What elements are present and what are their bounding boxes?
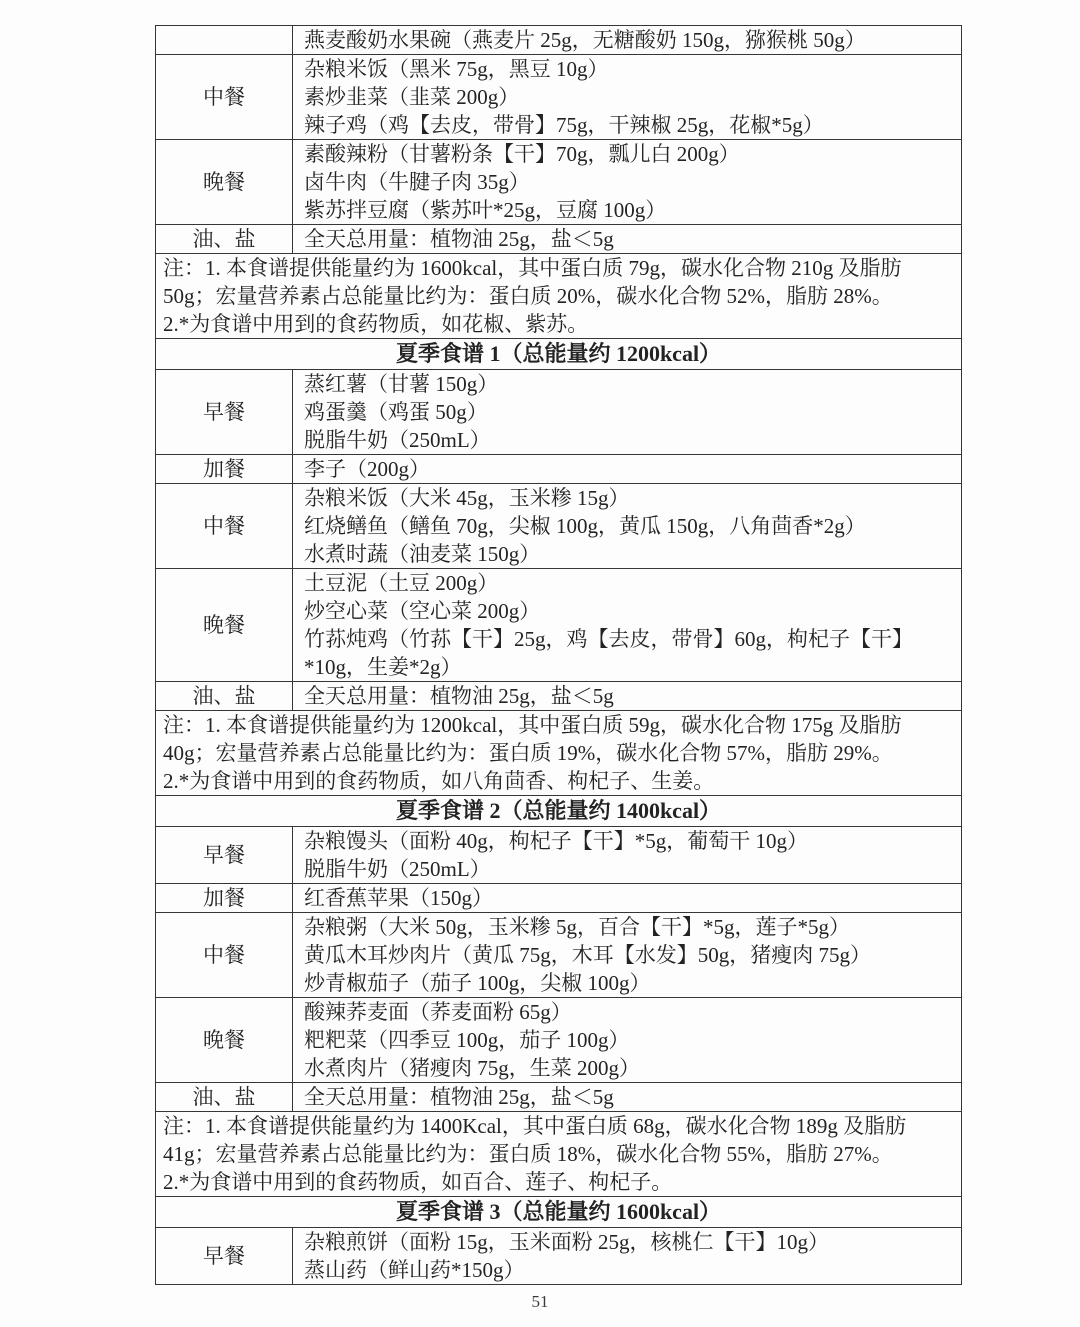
dish-item: 杂粮米饭（大米 45g，玉米糁 15g） <box>304 484 957 512</box>
dish-item: 蒸红薯（甘薯 150g） <box>304 370 957 398</box>
dish-list: 杂粮馒头（面粉 40g，枸杞子【干】*5g，葡萄干 10g）脱脂牛奶（250mL… <box>293 827 961 883</box>
note-text: 2.*为食谱中用到的食药物质，如花椒、紫苏。 <box>163 310 955 338</box>
dish-item: 炒青椒茄子（茄子 100g，尖椒 100g） <box>304 969 957 997</box>
meal-row: 早餐蒸红薯（甘薯 150g）鸡蛋羹（鸡蛋 50g）脱脂牛奶（250mL） <box>156 369 961 454</box>
meal-row: 油、盐全天总用量：植物油 25g，盐＜5g <box>156 681 961 710</box>
meal-row: 加餐李子（200g） <box>156 454 961 483</box>
meal-label <box>156 26 293 54</box>
meal-label: 早餐 <box>156 827 293 883</box>
note-text: 2.*为食谱中用到的食药物质，如八角茴香、枸杞子、生姜。 <box>163 767 955 795</box>
meal-row: 早餐杂粮馒头（面粉 40g，枸杞子【干】*5g，葡萄干 10g）脱脂牛奶（250… <box>156 826 961 883</box>
dish-list: 杂粮米饭（黑米 75g，黑豆 10g）素炒韭菜（韭菜 200g）辣子鸡（鸡【去皮… <box>293 55 961 139</box>
dish-item: 酸辣荞麦面（荞麦面粉 65g） <box>304 998 957 1026</box>
dish-list: 杂粮煎饼（面粉 15g，玉米面粉 25g，核桃仁【干】10g）蒸山药（鲜山药*1… <box>293 1228 961 1284</box>
meal-row: 晚餐酸辣荞麦面（荞麦面粉 65g）粑粑菜（四季豆 100g，茄子 100g）水煮… <box>156 997 961 1082</box>
dish-item: 全天总用量：植物油 25g，盐＜5g <box>304 1083 957 1111</box>
dish-list: 红香蕉苹果（150g） <box>293 884 961 912</box>
meal-row: 燕麦酸奶水果碗（燕麦片 25g，无糖酸奶 150g，猕猴桃 50g） <box>156 26 961 54</box>
note-text: 2.*为食谱中用到的食药物质，如百合、莲子、枸杞子。 <box>163 1168 955 1196</box>
dish-item: 红香蕉苹果（150g） <box>304 884 957 912</box>
dish-item: 杂粮馒头（面粉 40g，枸杞子【干】*5g，葡萄干 10g） <box>304 827 957 855</box>
meal-row: 中餐杂粮米饭（大米 45g，玉米糁 15g）红烧鳝鱼（鳝鱼 70g，尖椒 100… <box>156 483 961 568</box>
section-header-row: 夏季食谱 1（总能量约 1200kcal） <box>156 338 961 369</box>
dish-item: 竹荪炖鸡（竹荪【干】25g，鸡【去皮，带骨】60g，枸杞子【干】*10g，生姜*… <box>304 625 957 681</box>
meal-label: 早餐 <box>156 370 293 454</box>
meal-row: 早餐杂粮煎饼（面粉 15g，玉米面粉 25g，核桃仁【干】10g）蒸山药（鲜山药… <box>156 1227 961 1284</box>
meal-label: 加餐 <box>156 884 293 912</box>
meal-row: 中餐杂粮米饭（黑米 75g，黑豆 10g）素炒韭菜（韭菜 200g）辣子鸡（鸡【… <box>156 54 961 139</box>
dish-item: 土豆泥（土豆 200g） <box>304 569 957 597</box>
dish-item: 粑粑菜（四季豆 100g，茄子 100g） <box>304 1026 957 1054</box>
meal-label: 晚餐 <box>156 998 293 1082</box>
dish-item: 红烧鳝鱼（鳝鱼 70g，尖椒 100g，黄瓜 150g，八角茴香*2g） <box>304 512 957 540</box>
meal-label: 晚餐 <box>156 140 293 224</box>
meal-label: 早餐 <box>156 1228 293 1284</box>
section-header: 夏季食谱 3（总能量约 1600kcal） <box>156 1197 961 1227</box>
dish-item: 鸡蛋羹（鸡蛋 50g） <box>304 398 957 426</box>
meal-label: 中餐 <box>156 484 293 568</box>
dish-list: 蒸红薯（甘薯 150g）鸡蛋羹（鸡蛋 50g）脱脂牛奶（250mL） <box>293 370 961 454</box>
note-text: 注：1. 本食谱提供能量约为 1200kcal，其中蛋白质 59g，碳水化合物 … <box>163 711 955 767</box>
dish-item: 素炒韭菜（韭菜 200g） <box>304 83 957 111</box>
dish-item: 炒空心菜（空心菜 200g） <box>304 597 957 625</box>
dish-item: 卤牛肉（牛腱子肉 35g） <box>304 168 957 196</box>
meal-row: 加餐红香蕉苹果（150g） <box>156 883 961 912</box>
page-number: 51 <box>0 1292 1080 1312</box>
dish-item: 杂粮煎饼（面粉 15g，玉米面粉 25g，核桃仁【干】10g） <box>304 1228 957 1256</box>
dish-item: 水煮时蔬（油麦菜 150g） <box>304 540 957 568</box>
dish-list: 全天总用量：植物油 25g，盐＜5g <box>293 1083 961 1111</box>
dish-item: 脱脂牛奶（250mL） <box>304 855 957 883</box>
dish-list: 杂粮米饭（大米 45g，玉米糁 15g）红烧鳝鱼（鳝鱼 70g，尖椒 100g，… <box>293 484 961 568</box>
dish-list: 全天总用量：植物油 25g，盐＜5g <box>293 682 961 710</box>
dish-item: 燕麦酸奶水果碗（燕麦片 25g，无糖酸奶 150g，猕猴桃 50g） <box>304 26 957 54</box>
dish-list: 李子（200g） <box>293 455 961 483</box>
dish-item: 水煮肉片（猪瘦肉 75g，生菜 200g） <box>304 1054 957 1082</box>
dish-item: 紫苏拌豆腐（紫苏叶*25g，豆腐 100g） <box>304 196 957 224</box>
dish-item: 脱脂牛奶（250mL） <box>304 426 957 454</box>
meal-label: 中餐 <box>156 913 293 997</box>
dish-item: 全天总用量：植物油 25g，盐＜5g <box>304 225 957 253</box>
meal-row: 晚餐土豆泥（土豆 200g）炒空心菜（空心菜 200g）竹荪炖鸡（竹荪【干】25… <box>156 568 961 681</box>
meal-row: 中餐杂粮粥（大米 50g，玉米糁 5g，百合【干】*5g，莲子*5g）黄瓜木耳炒… <box>156 912 961 997</box>
meal-plan-table: 燕麦酸奶水果碗（燕麦片 25g，无糖酸奶 150g，猕猴桃 50g）中餐杂粮米饭… <box>155 25 962 1285</box>
meal-label: 晚餐 <box>156 569 293 681</box>
note-row: 注：1. 本食谱提供能量约为 1200kcal，其中蛋白质 59g，碳水化合物 … <box>156 710 961 795</box>
dish-item: 杂粮米饭（黑米 75g，黑豆 10g） <box>304 55 957 83</box>
dish-item: 辣子鸡（鸡【去皮，带骨】75g，干辣椒 25g，花椒*5g） <box>304 111 957 139</box>
meal-label: 油、盐 <box>156 1083 293 1111</box>
section-header-row: 夏季食谱 2（总能量约 1400kcal） <box>156 795 961 826</box>
meal-row: 油、盐全天总用量：植物油 25g，盐＜5g <box>156 224 961 253</box>
meal-label: 油、盐 <box>156 225 293 253</box>
document-page: 燕麦酸奶水果碗（燕麦片 25g，无糖酸奶 150g，猕猴桃 50g）中餐杂粮米饭… <box>0 0 1080 1327</box>
meal-label: 油、盐 <box>156 682 293 710</box>
meal-label: 中餐 <box>156 55 293 139</box>
meal-row: 油、盐全天总用量：植物油 25g，盐＜5g <box>156 1082 961 1111</box>
dish-list: 酸辣荞麦面（荞麦面粉 65g）粑粑菜（四季豆 100g，茄子 100g）水煮肉片… <box>293 998 961 1082</box>
meal-label: 加餐 <box>156 455 293 483</box>
dish-list: 全天总用量：植物油 25g，盐＜5g <box>293 225 961 253</box>
dish-item: 李子（200g） <box>304 455 957 483</box>
note-text: 注：1. 本食谱提供能量约为 1400Kcal，其中蛋白质 68g，碳水化合物 … <box>163 1112 955 1168</box>
section-header: 夏季食谱 1（总能量约 1200kcal） <box>156 339 961 369</box>
dish-item: 蒸山药（鲜山药*150g） <box>304 1256 957 1284</box>
note-row: 注：1. 本食谱提供能量约为 1600kcal，其中蛋白质 79g，碳水化合物 … <box>156 253 961 338</box>
section-header-row: 夏季食谱 3（总能量约 1600kcal） <box>156 1196 961 1227</box>
dish-item: 素酸辣粉（甘薯粉条【干】70g，瓢儿白 200g） <box>304 140 957 168</box>
dish-list: 杂粮粥（大米 50g，玉米糁 5g，百合【干】*5g，莲子*5g）黄瓜木耳炒肉片… <box>293 913 961 997</box>
dish-list: 素酸辣粉（甘薯粉条【干】70g，瓢儿白 200g）卤牛肉（牛腱子肉 35g）紫苏… <box>293 140 961 224</box>
dish-list: 土豆泥（土豆 200g）炒空心菜（空心菜 200g）竹荪炖鸡（竹荪【干】25g，… <box>293 569 961 681</box>
meal-row: 晚餐素酸辣粉（甘薯粉条【干】70g，瓢儿白 200g）卤牛肉（牛腱子肉 35g）… <box>156 139 961 224</box>
dish-list: 燕麦酸奶水果碗（燕麦片 25g，无糖酸奶 150g，猕猴桃 50g） <box>293 26 961 54</box>
note-text: 注：1. 本食谱提供能量约为 1600kcal，其中蛋白质 79g，碳水化合物 … <box>163 254 955 310</box>
section-header: 夏季食谱 2（总能量约 1400kcal） <box>156 796 961 826</box>
dish-item: 杂粮粥（大米 50g，玉米糁 5g，百合【干】*5g，莲子*5g） <box>304 913 957 941</box>
dish-item: 全天总用量：植物油 25g，盐＜5g <box>304 682 957 710</box>
note-row: 注：1. 本食谱提供能量约为 1400Kcal，其中蛋白质 68g，碳水化合物 … <box>156 1111 961 1196</box>
dish-item: 黄瓜木耳炒肉片（黄瓜 75g，木耳【水发】50g，猪瘦肉 75g） <box>304 941 957 969</box>
